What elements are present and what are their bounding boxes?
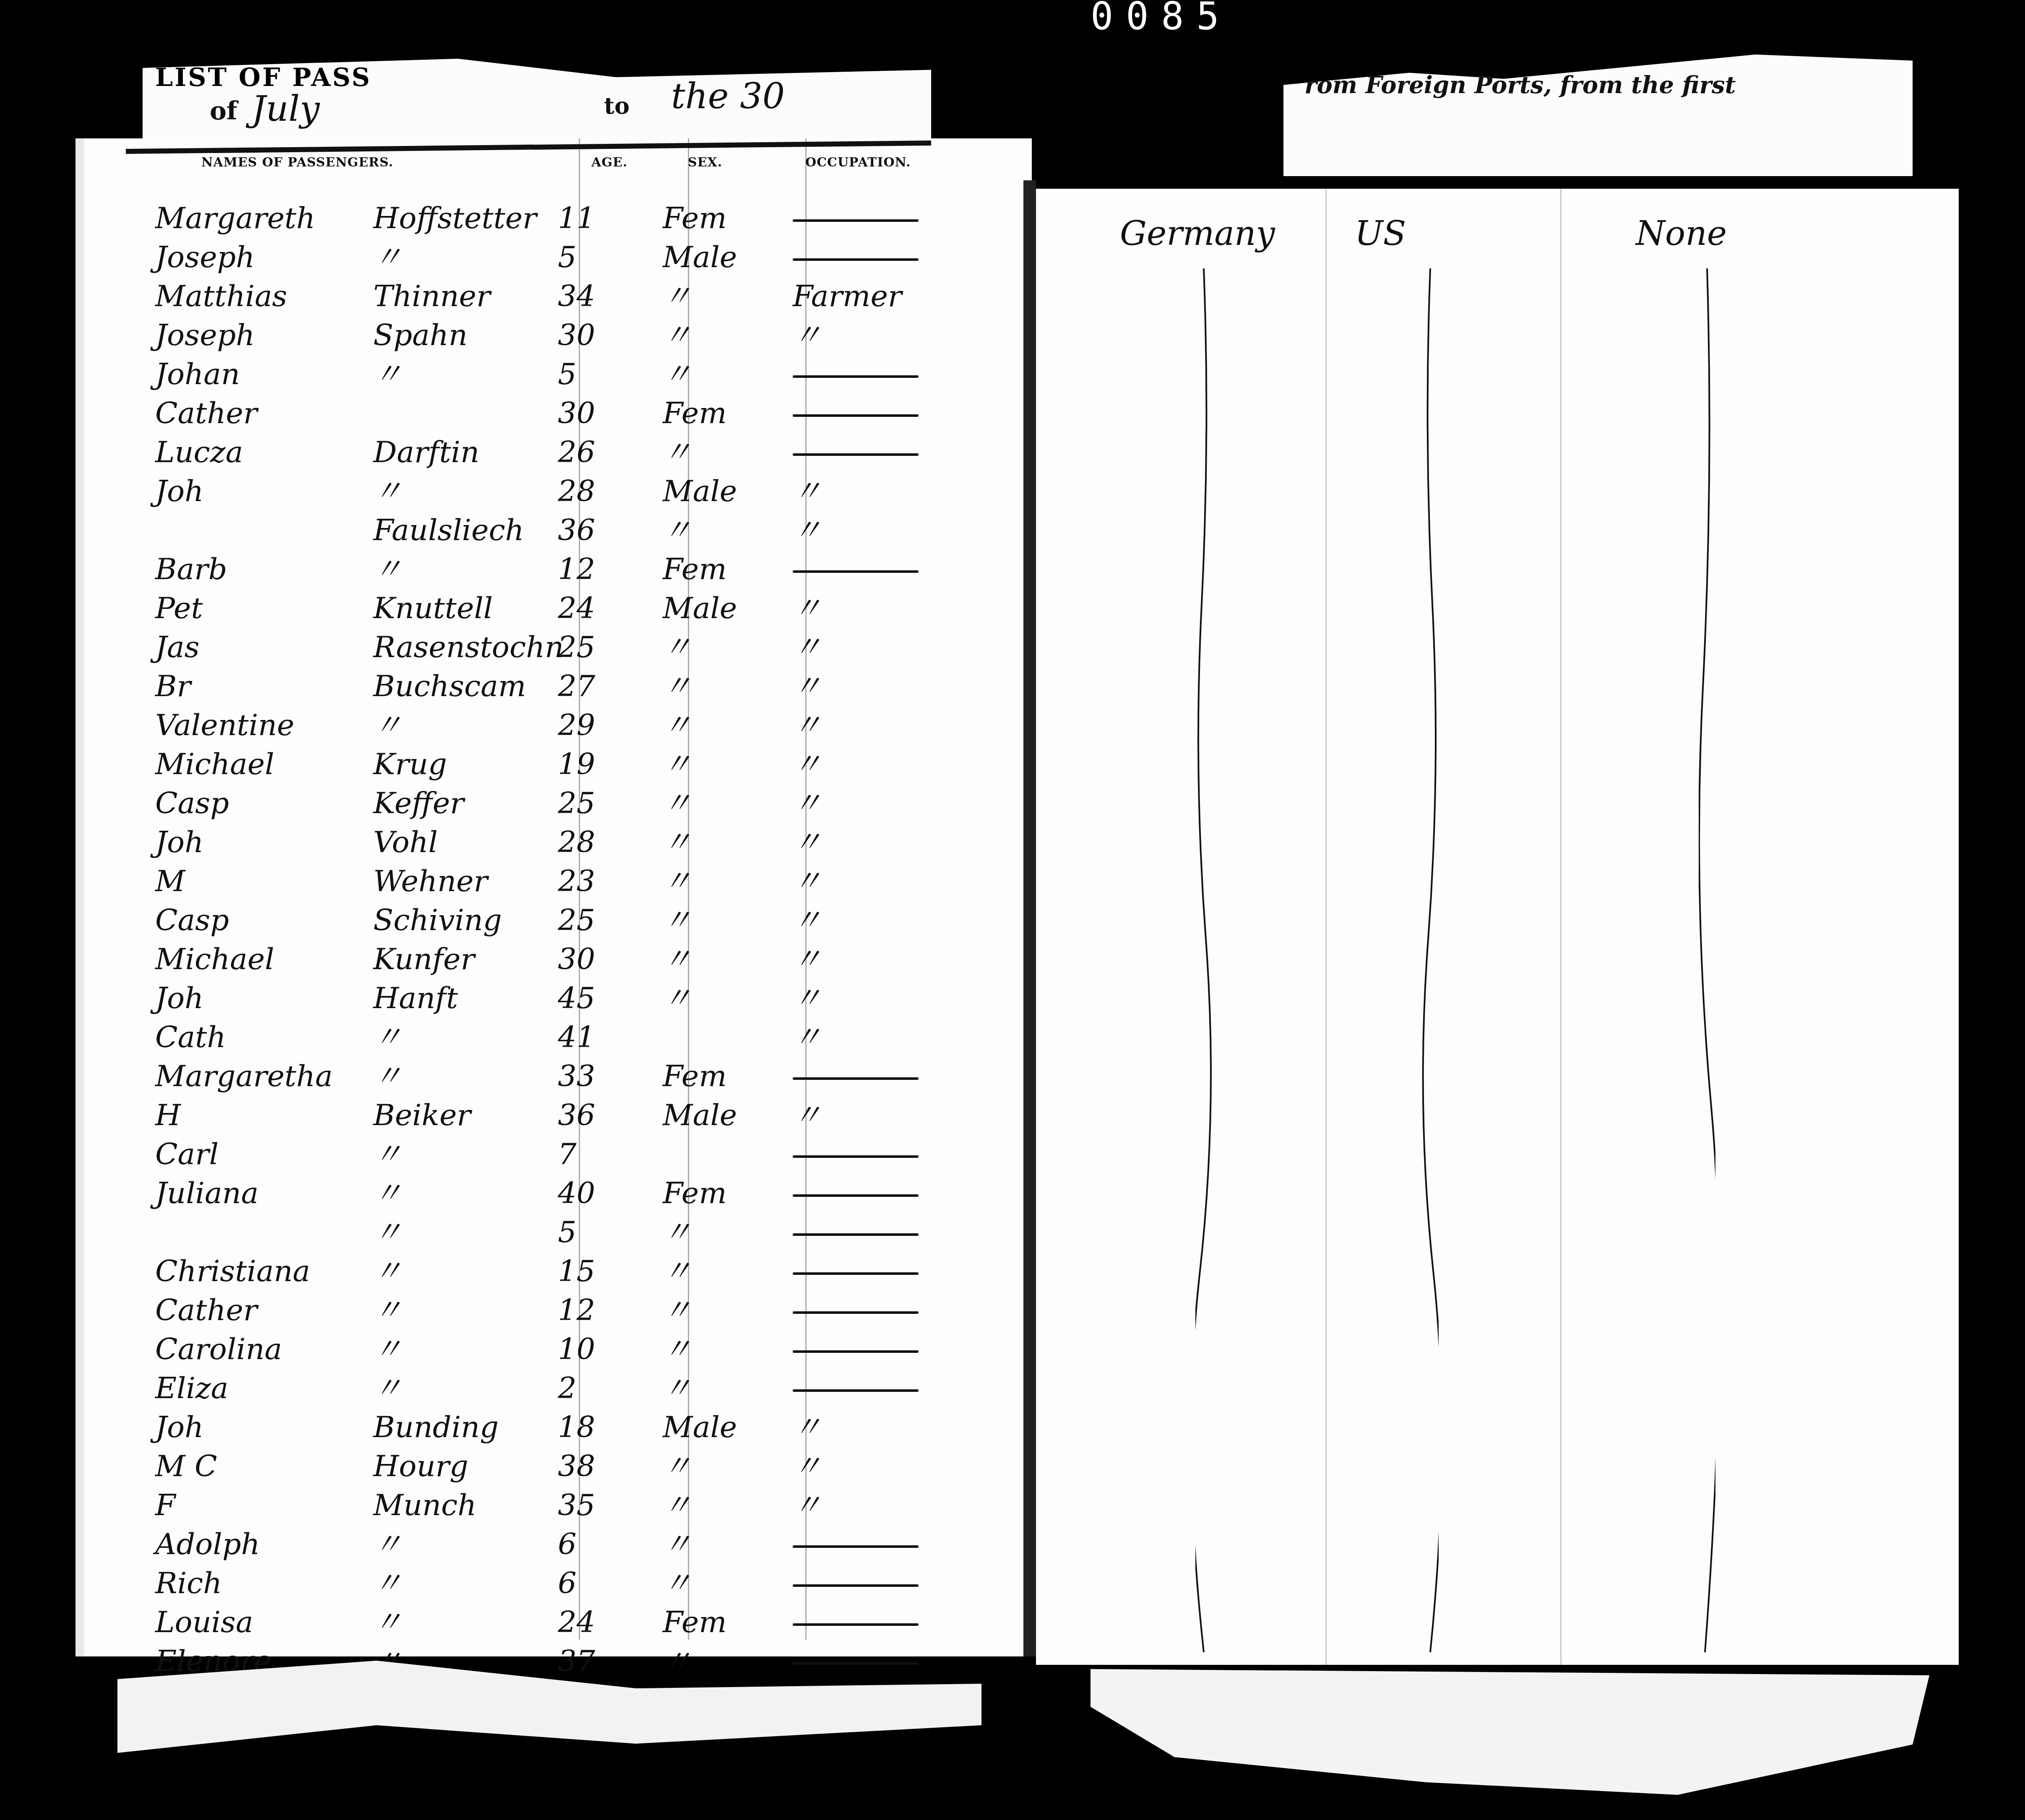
- passenger-first-name: Valentine: [155, 708, 294, 742]
- passenger-age: 6: [558, 1527, 577, 1561]
- passenger-sex: 〃: [663, 1488, 692, 1522]
- ditto-line: [1422, 268, 1439, 1652]
- passenger-row: MWehner23〃〃: [138, 860, 977, 899]
- passenger-age: 40: [558, 1176, 595, 1210]
- passenger-age: 33: [558, 1059, 595, 1093]
- blank-dash: [793, 1194, 919, 1197]
- passenger-occupation: [793, 1215, 919, 1249]
- blank-dash: [793, 1155, 919, 1158]
- passenger-surname: 〃: [373, 1293, 403, 1327]
- passenger-surname: Hanft: [373, 981, 458, 1015]
- passenger-sex: 〃: [663, 1449, 692, 1483]
- passenger-first-name: Joseph: [155, 318, 255, 352]
- passenger-first-name: Lucza: [155, 435, 243, 469]
- passenger-first-name: Louisa: [155, 1605, 253, 1639]
- passenger-sex: 〃: [663, 1332, 692, 1366]
- blank-dash: [793, 453, 919, 456]
- passenger-surname: Munch: [373, 1488, 476, 1522]
- blank-dash: [793, 414, 919, 417]
- column-divider: [1325, 189, 1327, 1665]
- passenger-row: Adolph〃6〃: [138, 1523, 977, 1562]
- title-date: the 30: [671, 75, 785, 117]
- passenger-occupation: [793, 1566, 919, 1600]
- passenger-sex: Male: [663, 474, 737, 508]
- passenger-row: Valentine〃29〃〃: [138, 704, 977, 743]
- passenger-occupation: 〃: [793, 864, 822, 898]
- passenger-sex: Male: [663, 1098, 737, 1132]
- passenger-occupation: 〃: [793, 513, 822, 547]
- passenger-row: Joh〃28Male〃: [138, 470, 977, 509]
- passenger-occupation: [793, 1137, 919, 1171]
- passenger-sex: 〃: [663, 1371, 692, 1405]
- passenger-sex: Male: [663, 591, 737, 625]
- passenger-row: MichaelKrug19〃〃: [138, 743, 977, 782]
- header-occupation: OCCUPATION.: [805, 155, 911, 170]
- passenger-occupation: 〃: [793, 669, 822, 703]
- passenger-surname: Darftin: [373, 435, 479, 469]
- title-of-label: of: [210, 96, 237, 126]
- passenger-occupation: [793, 435, 919, 469]
- passenger-age: 19: [558, 747, 595, 781]
- passenger-age: 11: [558, 201, 595, 235]
- country-value: Germany: [1120, 214, 1275, 253]
- passenger-occupation: Farmer: [793, 279, 902, 313]
- passenger-age: 18: [558, 1410, 595, 1444]
- passenger-first-name: Cath: [155, 1020, 226, 1054]
- passenger-row: JohBunding18Male〃: [138, 1406, 977, 1445]
- passenger-first-name: Jas: [155, 630, 200, 664]
- passenger-sex: Fem: [663, 1176, 727, 1210]
- passenger-row: LuczaDarftin26〃: [138, 431, 977, 470]
- passenger-row: Barb〃12Fem: [138, 548, 977, 587]
- passenger-first-name: Casp: [155, 903, 229, 937]
- passenger-surname: Kunfer: [373, 942, 475, 976]
- passenger-age: 12: [558, 1293, 595, 1327]
- blank-dash: [793, 258, 919, 261]
- passenger-occupation: 〃: [793, 708, 822, 742]
- passenger-first-name: Joseph: [155, 240, 255, 274]
- torn-page-edge: [1091, 1669, 1929, 1795]
- passenger-occupation: [793, 201, 919, 235]
- passenger-sex: 〃: [663, 1215, 692, 1249]
- passenger-first-name: Joh: [155, 1410, 203, 1444]
- blank-dash: [793, 1584, 919, 1587]
- passenger-row: Joseph〃5Male: [138, 236, 977, 275]
- passenger-surname: Faulsliech: [373, 513, 524, 547]
- passenger-row: JohVohl28〃〃: [138, 821, 977, 860]
- passenger-occupation: [793, 1059, 919, 1093]
- passenger-row: Cath〃41〃: [138, 1016, 977, 1055]
- passenger-row: Faulsliech36〃〃: [138, 509, 977, 548]
- column-headers: NAMES OF PASSENGERS. AGE. SEX. OCCUPATIO…: [126, 151, 935, 185]
- passenger-sex: 〃: [663, 786, 692, 820]
- passenger-occupation: 〃: [793, 1098, 822, 1132]
- passenger-first-name: Br: [155, 669, 191, 703]
- passenger-first-name: H: [155, 1098, 181, 1132]
- passenger-occupation: 〃: [793, 1488, 822, 1522]
- passenger-age: 30: [558, 942, 595, 976]
- passenger-surname: Spahn: [373, 318, 468, 352]
- passenger-sex: 〃: [663, 864, 692, 898]
- passenger-row: HBeiker36Male〃: [138, 1094, 977, 1133]
- passenger-first-name: Juliana: [155, 1176, 258, 1210]
- passenger-sex: 〃: [663, 630, 692, 664]
- passenger-age: 41: [558, 1020, 595, 1054]
- passenger-first-name: Michael: [155, 942, 274, 976]
- passenger-row: FMunch35〃〃: [138, 1484, 977, 1523]
- passenger-sex: 〃: [663, 747, 692, 781]
- passenger-surname: 〃: [373, 1332, 403, 1366]
- passenger-first-name: Michael: [155, 747, 274, 781]
- blank-dash: [793, 219, 919, 222]
- passenger-age: 28: [558, 825, 595, 859]
- passenger-surname: 〃: [373, 1254, 403, 1288]
- passenger-sex: 〃: [663, 513, 692, 547]
- passenger-age: 30: [558, 396, 595, 430]
- passenger-row: MatthiasThinner34〃Farmer: [138, 275, 977, 314]
- ditto-line: [1699, 268, 1715, 1652]
- passenger-sex: 〃: [663, 435, 692, 469]
- passenger-sex: 〃: [663, 357, 692, 391]
- passenger-sex: Male: [663, 240, 737, 274]
- passenger-occupation: 〃: [793, 591, 822, 625]
- passenger-age: 24: [558, 591, 595, 625]
- passenger-surname: Buchscam: [373, 669, 526, 703]
- passenger-sex: Male: [663, 1410, 737, 1444]
- blank-dash: [793, 375, 919, 378]
- passenger-age: 5: [558, 357, 577, 391]
- passenger-row: CaspSchiving25〃〃: [138, 899, 977, 938]
- passenger-surname: Keffer: [373, 786, 464, 820]
- passenger-first-name: Cather: [155, 1293, 257, 1327]
- passenger-sex: Fem: [663, 552, 727, 586]
- passenger-age: 26: [558, 435, 595, 469]
- passenger-occupation: 〃: [793, 318, 822, 352]
- passenger-surname: Knuttell: [373, 591, 493, 625]
- passenger-surname: Vohl: [373, 825, 438, 859]
- passenger-sex: 〃: [663, 1527, 692, 1561]
- passenger-first-name: Carolina: [155, 1332, 282, 1366]
- passenger-sex: 〃: [663, 318, 692, 352]
- page-stamp-number: 0085: [1091, 0, 1232, 34]
- passenger-occupation: 〃: [793, 474, 822, 508]
- passenger-surname: Thinner: [373, 279, 490, 313]
- passenger-age: 2: [558, 1371, 577, 1405]
- passenger-surname: 〃: [373, 1527, 403, 1561]
- passenger-row: BrBuchscam27〃〃: [138, 665, 977, 704]
- passenger-first-name: Rich: [155, 1566, 222, 1600]
- passenger-age: 36: [558, 1098, 595, 1132]
- blank-dash: [793, 1077, 919, 1080]
- passenger-age: 5: [558, 1215, 577, 1249]
- destination-value: US: [1355, 214, 1406, 253]
- passenger-row: Margaretha〃33Fem: [138, 1055, 977, 1094]
- passenger-surname: 〃: [373, 1566, 403, 1600]
- passenger-row: JasRasenstochn25〃〃: [138, 626, 977, 665]
- passenger-age: 29: [558, 708, 595, 742]
- passenger-sex: 〃: [663, 1254, 692, 1288]
- passenger-sex: 〃: [663, 1566, 692, 1600]
- passenger-surname: 〃: [373, 1176, 403, 1210]
- passenger-sex: 〃: [663, 1644, 692, 1678]
- title-to-label: to: [604, 92, 630, 119]
- passenger-age: 25: [558, 786, 595, 820]
- passenger-sex: Fem: [663, 201, 727, 235]
- passenger-surname: 〃: [373, 357, 403, 391]
- header-age: AGE.: [591, 155, 627, 170]
- passenger-occupation: [793, 396, 919, 430]
- passenger-age: 5: [558, 240, 577, 274]
- passenger-surname: Rasenstochn: [373, 630, 564, 664]
- passenger-row: Johan〃5〃: [138, 353, 977, 392]
- passenger-sex: 〃: [663, 903, 692, 937]
- blank-dash: [793, 1233, 919, 1236]
- blank-dash: [793, 1545, 919, 1548]
- passenger-row: M CHourg38〃〃: [138, 1445, 977, 1484]
- passenger-row: Cather〃12〃: [138, 1289, 977, 1328]
- passenger-row: PetKnuttell24Male〃: [138, 587, 977, 626]
- passenger-age: 36: [558, 513, 595, 547]
- passenger-row: JosephSpahn30〃〃: [138, 314, 977, 353]
- passenger-occupation: [793, 1371, 919, 1405]
- passenger-sex: 〃: [663, 669, 692, 703]
- passenger-surname: 〃: [373, 1059, 403, 1093]
- passenger-age: 25: [558, 630, 595, 664]
- passenger-first-name: Joh: [155, 825, 203, 859]
- passenger-list: MargarethHoffstetter11FemJoseph〃5MaleMat…: [138, 197, 977, 1679]
- passenger-first-name: Cather: [155, 396, 257, 430]
- passenger-first-name: Margareth: [155, 201, 315, 235]
- passenger-age: 24: [558, 1605, 595, 1639]
- passenger-surname: 〃: [373, 1215, 403, 1249]
- passenger-first-name: Barb: [155, 552, 227, 586]
- passenger-age: 6: [558, 1566, 577, 1600]
- passenger-age: 34: [558, 279, 595, 313]
- passenger-row: CaspKeffer25〃〃: [138, 782, 977, 821]
- passenger-sex: 〃: [663, 279, 692, 313]
- passenger-occupation: 〃: [793, 786, 822, 820]
- passenger-row: MargarethHoffstetter11Fem: [138, 197, 977, 236]
- passenger-occupation: 〃: [793, 1449, 822, 1483]
- blank-dash: [793, 1662, 919, 1665]
- passenger-age: 37: [558, 1644, 595, 1678]
- passenger-occupation: 〃: [793, 747, 822, 781]
- passenger-surname: Schiving: [373, 903, 502, 937]
- passenger-occupation: [793, 1644, 919, 1678]
- passenger-surname: Beiker: [373, 1098, 471, 1132]
- passenger-row: 〃5〃: [138, 1211, 977, 1250]
- passenger-sex: Fem: [663, 396, 727, 430]
- passenger-sex: Fem: [663, 1605, 727, 1639]
- passenger-surname: Wehner: [373, 864, 488, 898]
- right-page: Germany US None: [1036, 189, 1959, 1665]
- passenger-age: 35: [558, 1488, 595, 1522]
- passenger-first-name: Johan: [155, 357, 240, 391]
- passenger-row: Eliza〃2〃: [138, 1367, 977, 1406]
- passenger-sex: 〃: [663, 825, 692, 859]
- passenger-first-name: M C: [155, 1449, 217, 1483]
- passenger-occupation: [793, 1176, 919, 1210]
- passenger-row: Rich〃6〃: [138, 1562, 977, 1601]
- passenger-occupation: [793, 1293, 919, 1327]
- blank-dash: [793, 1389, 919, 1392]
- ditto-line: [1195, 268, 1212, 1652]
- passenger-first-name: M: [155, 864, 185, 898]
- passenger-surname: 〃: [373, 474, 403, 508]
- passenger-row: Juliana〃40Fem: [138, 1172, 977, 1211]
- passenger-sex: 〃: [663, 942, 692, 976]
- passenger-occupation: 〃: [793, 981, 822, 1015]
- passenger-age: 25: [558, 903, 595, 937]
- passenger-surname: Hourg: [373, 1449, 469, 1483]
- passenger-first-name: Casp: [155, 786, 229, 820]
- passenger-sex: 〃: [663, 981, 692, 1015]
- passenger-first-name: Joh: [155, 981, 203, 1015]
- passenger-age: 10: [558, 1332, 595, 1366]
- header-sex: SEX.: [688, 155, 722, 170]
- passenger-sex: 〃: [663, 1293, 692, 1327]
- passenger-sex: Fem: [663, 1059, 727, 1093]
- passenger-occupation: [793, 1527, 919, 1561]
- passenger-occupation: [793, 357, 919, 391]
- passenger-occupation: 〃: [793, 825, 822, 859]
- book-spine: [1023, 180, 1036, 1656]
- passenger-occupation: [793, 1332, 919, 1366]
- passenger-occupation: 〃: [793, 630, 822, 664]
- passenger-occupation: [793, 240, 919, 274]
- passenger-occupation: 〃: [793, 1020, 822, 1054]
- blank-dash: [793, 1350, 919, 1353]
- passenger-surname: 〃: [373, 1137, 403, 1171]
- passenger-surname: 〃: [373, 552, 403, 586]
- passenger-row: Louisa〃24Fem: [138, 1601, 977, 1640]
- passenger-first-name: Carl: [155, 1137, 219, 1171]
- passenger-age: 15: [558, 1254, 595, 1288]
- passenger-occupation: [793, 552, 919, 586]
- header-names: NAMES OF PASSENGERS.: [201, 155, 393, 170]
- passenger-row: Cather30Fem: [138, 392, 977, 431]
- passenger-row: MichaelKunfer30〃〃: [138, 938, 977, 977]
- passenger-surname: Hoffstetter: [373, 201, 536, 235]
- passenger-first-name: Matthias: [155, 279, 287, 313]
- passenger-age: 45: [558, 981, 595, 1015]
- passenger-age: 12: [558, 552, 595, 586]
- passenger-occupation: [793, 1605, 919, 1639]
- passenger-surname: Bunding: [373, 1410, 499, 1444]
- passenger-age: 27: [558, 669, 595, 703]
- right-printed-title: rom Foreign Ports, from the first: [1304, 71, 1736, 99]
- passenger-occupation: 〃: [793, 903, 822, 937]
- passenger-first-name: Christiana: [155, 1254, 310, 1288]
- passenger-first-name: Eliza: [155, 1371, 229, 1405]
- passenger-first-name: Margaretha: [155, 1059, 333, 1093]
- passenger-first-name: F: [155, 1488, 176, 1522]
- passenger-age: 23: [558, 864, 595, 898]
- passenger-age: 28: [558, 474, 595, 508]
- passenger-surname: 〃: [373, 708, 403, 742]
- passenger-surname: 〃: [373, 240, 403, 274]
- column-divider: [1560, 189, 1562, 1665]
- passenger-surname: 〃: [373, 1020, 403, 1054]
- passenger-surname: Krug: [373, 747, 447, 781]
- passenger-surname: 〃: [373, 1371, 403, 1405]
- passenger-sex: 〃: [663, 708, 692, 742]
- passenger-row: Carolina〃10〃: [138, 1328, 977, 1367]
- deaths-value: None: [1636, 214, 1727, 253]
- passenger-occupation: 〃: [793, 1410, 822, 1444]
- passenger-first-name: Joh: [155, 474, 203, 508]
- title-month: July: [252, 88, 320, 129]
- passenger-age: 38: [558, 1449, 595, 1483]
- passenger-row: Carl〃7: [138, 1133, 977, 1172]
- passenger-first-name: Pet: [155, 591, 203, 625]
- passenger-occupation: [793, 1254, 919, 1288]
- passenger-first-name: Adolph: [155, 1527, 260, 1561]
- passenger-occupation: 〃: [793, 942, 822, 976]
- passenger-surname: 〃: [373, 1605, 403, 1639]
- passenger-age: 30: [558, 318, 595, 352]
- passenger-row: Christiana〃15〃: [138, 1250, 977, 1289]
- blank-dash: [793, 1272, 919, 1275]
- blank-dash: [793, 1311, 919, 1314]
- passenger-row: JohHanft45〃〃: [138, 977, 977, 1016]
- passenger-age: 7: [558, 1137, 577, 1171]
- blank-dash: [793, 570, 919, 573]
- blank-dash: [793, 1623, 919, 1626]
